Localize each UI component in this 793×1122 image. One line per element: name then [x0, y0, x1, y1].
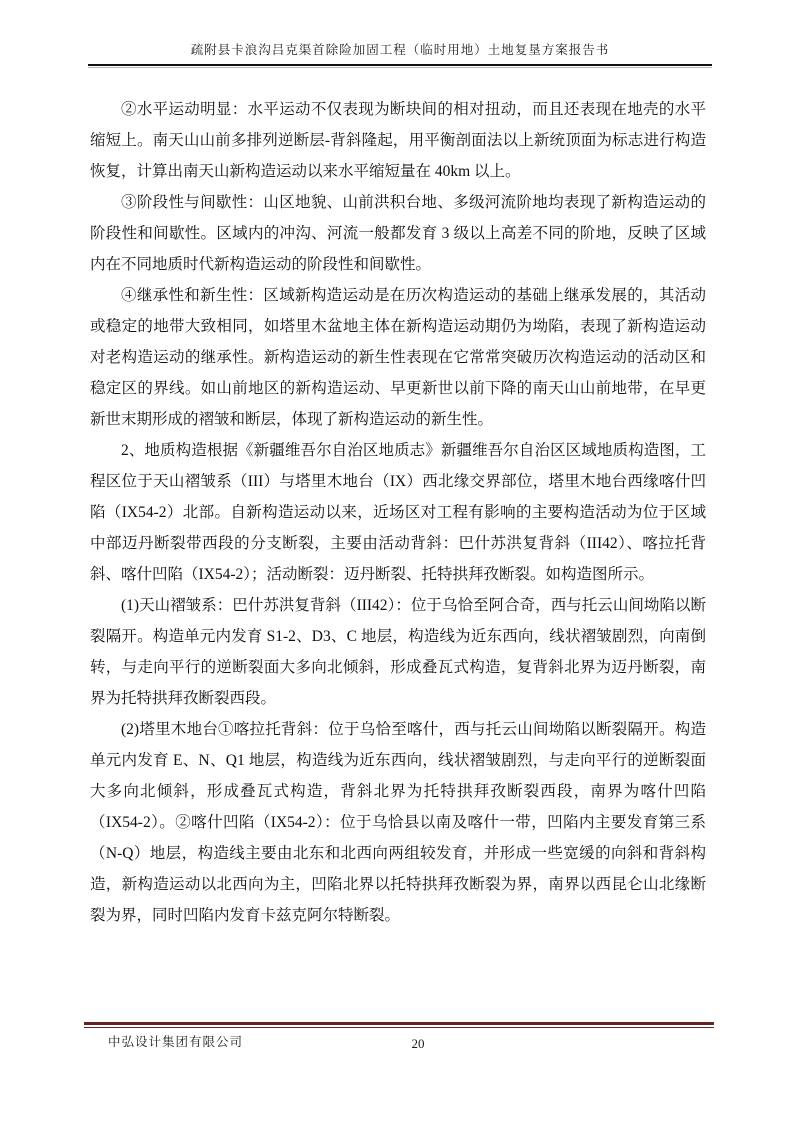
paragraph-tarim-platform: (2)塔里木地台①喀拉托背斜：位于乌恰至喀什，西与托云山间坳陷以断裂隔开。构造单…	[90, 714, 706, 931]
footer-rule	[84, 1022, 714, 1028]
page-header-title: 疏附县卡浪沟吕克渠首除险加固工程（临时用地）土地复垦方案报告书	[88, 42, 712, 58]
document-page: 疏附县卡浪沟吕克渠首除险加固工程（临时用地）土地复垦方案报告书 ②水平运动明显：…	[0, 0, 793, 1122]
header-rule	[88, 64, 712, 68]
paragraph-inheritance-newborn: ④继承性和新生性：区域新构造运动是在历次构造运动的基础上继承发展的，其活动或稳定…	[90, 280, 706, 435]
document-body: ②水平运动明显：水平运动不仅表现为断块间的相对扭动，而且还表现在地壳的水平缩短上…	[90, 94, 706, 931]
page-number: 20	[88, 1036, 748, 1052]
paragraph-stages-intermittency: ③阶段性与间歇性：山区地貌、山前洪积台地、多级河流阶地均表现了新构造运动的阶段性…	[90, 187, 706, 280]
paragraph-tianshan-fold-system: (1)天山褶皱系：巴什苏洪复背斜（III42）：位于乌恰至阿合奇，西与托云山间坳…	[90, 590, 706, 714]
paragraph-geological-structure: 2、地质构造根据《新疆维吾尔自治区地质志》新疆维吾尔自治区区域地质构造图，工程区…	[90, 435, 706, 590]
paragraph-horizontal-movement: ②水平运动明显：水平运动不仅表现为断块间的相对扭动，而且还表现在地壳的水平缩短上…	[90, 94, 706, 187]
